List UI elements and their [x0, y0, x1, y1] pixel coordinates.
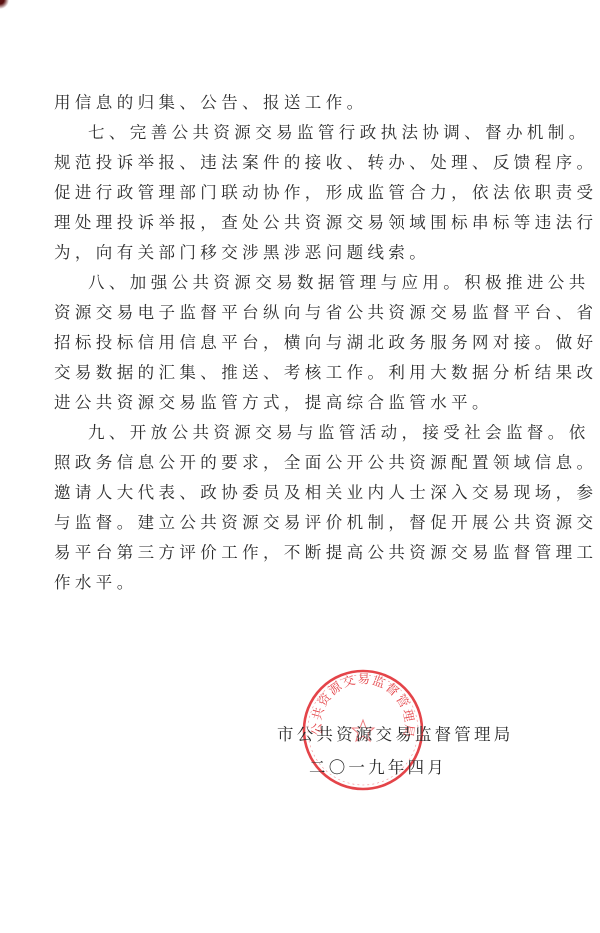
text-line-section-8-heading: 八、加强公共资源交易数据管理与应用。积极推进公共 [88, 268, 590, 298]
text-line: 为，向有关部门移交涉黑涉恶问题线索。 [54, 238, 430, 268]
issuer-signature: 市公共资源交易监督管理局 [277, 721, 513, 745]
text-line: 用信息的归集、公告、报送工作。 [54, 88, 368, 118]
text-line-section-9-heading: 九、开放公共资源交易与监管活动，接受社会监督。依 [88, 418, 590, 448]
text-line: 规范投诉举报、违法案件的接收、转办、处理、反馈程序。 [54, 148, 597, 178]
text-line: 交易数据的汇集、推送、考核工作。利用大数据分析结果改 [54, 358, 597, 388]
issue-date: 二〇一九年四月 [309, 754, 447, 778]
text-line: 招标投标信用信息平台，横向与湖北政务服务网对接。做好 [54, 328, 597, 358]
text-line: 照政务信息公开的要求，全面公开公共资源配置领域信息。 [54, 448, 597, 478]
text-line: 易平台第三方评价工作，不断提高公共资源交易监督管理工 [54, 538, 597, 568]
text-line: 促进行政管理部门联动协作，形成监管合力，依法依职责受 [54, 178, 597, 208]
text-line-section-7-heading: 七、完善公共资源交易监管行政执法协调、督办机制。 [88, 118, 590, 148]
text-line: 与监督。建立公共资源交易评价机制，督促开展公共资源交 [54, 508, 597, 538]
text-line: 邀请人大代表、政协委员及相关业内人士深入交易现场，参 [54, 478, 597, 508]
text-line: 作水平。 [54, 568, 138, 598]
text-line: 资源交易电子监督平台纵向与省公共资源交易监督平台、省 [54, 298, 597, 328]
text-line: 进公共资源交易监管方式，提高综合监管水平。 [54, 388, 493, 418]
text-line: 理处理投诉举报，查处公共资源交易领域围标串标等违法行 [54, 208, 597, 238]
scan-corner-artifact [0, 0, 10, 10]
